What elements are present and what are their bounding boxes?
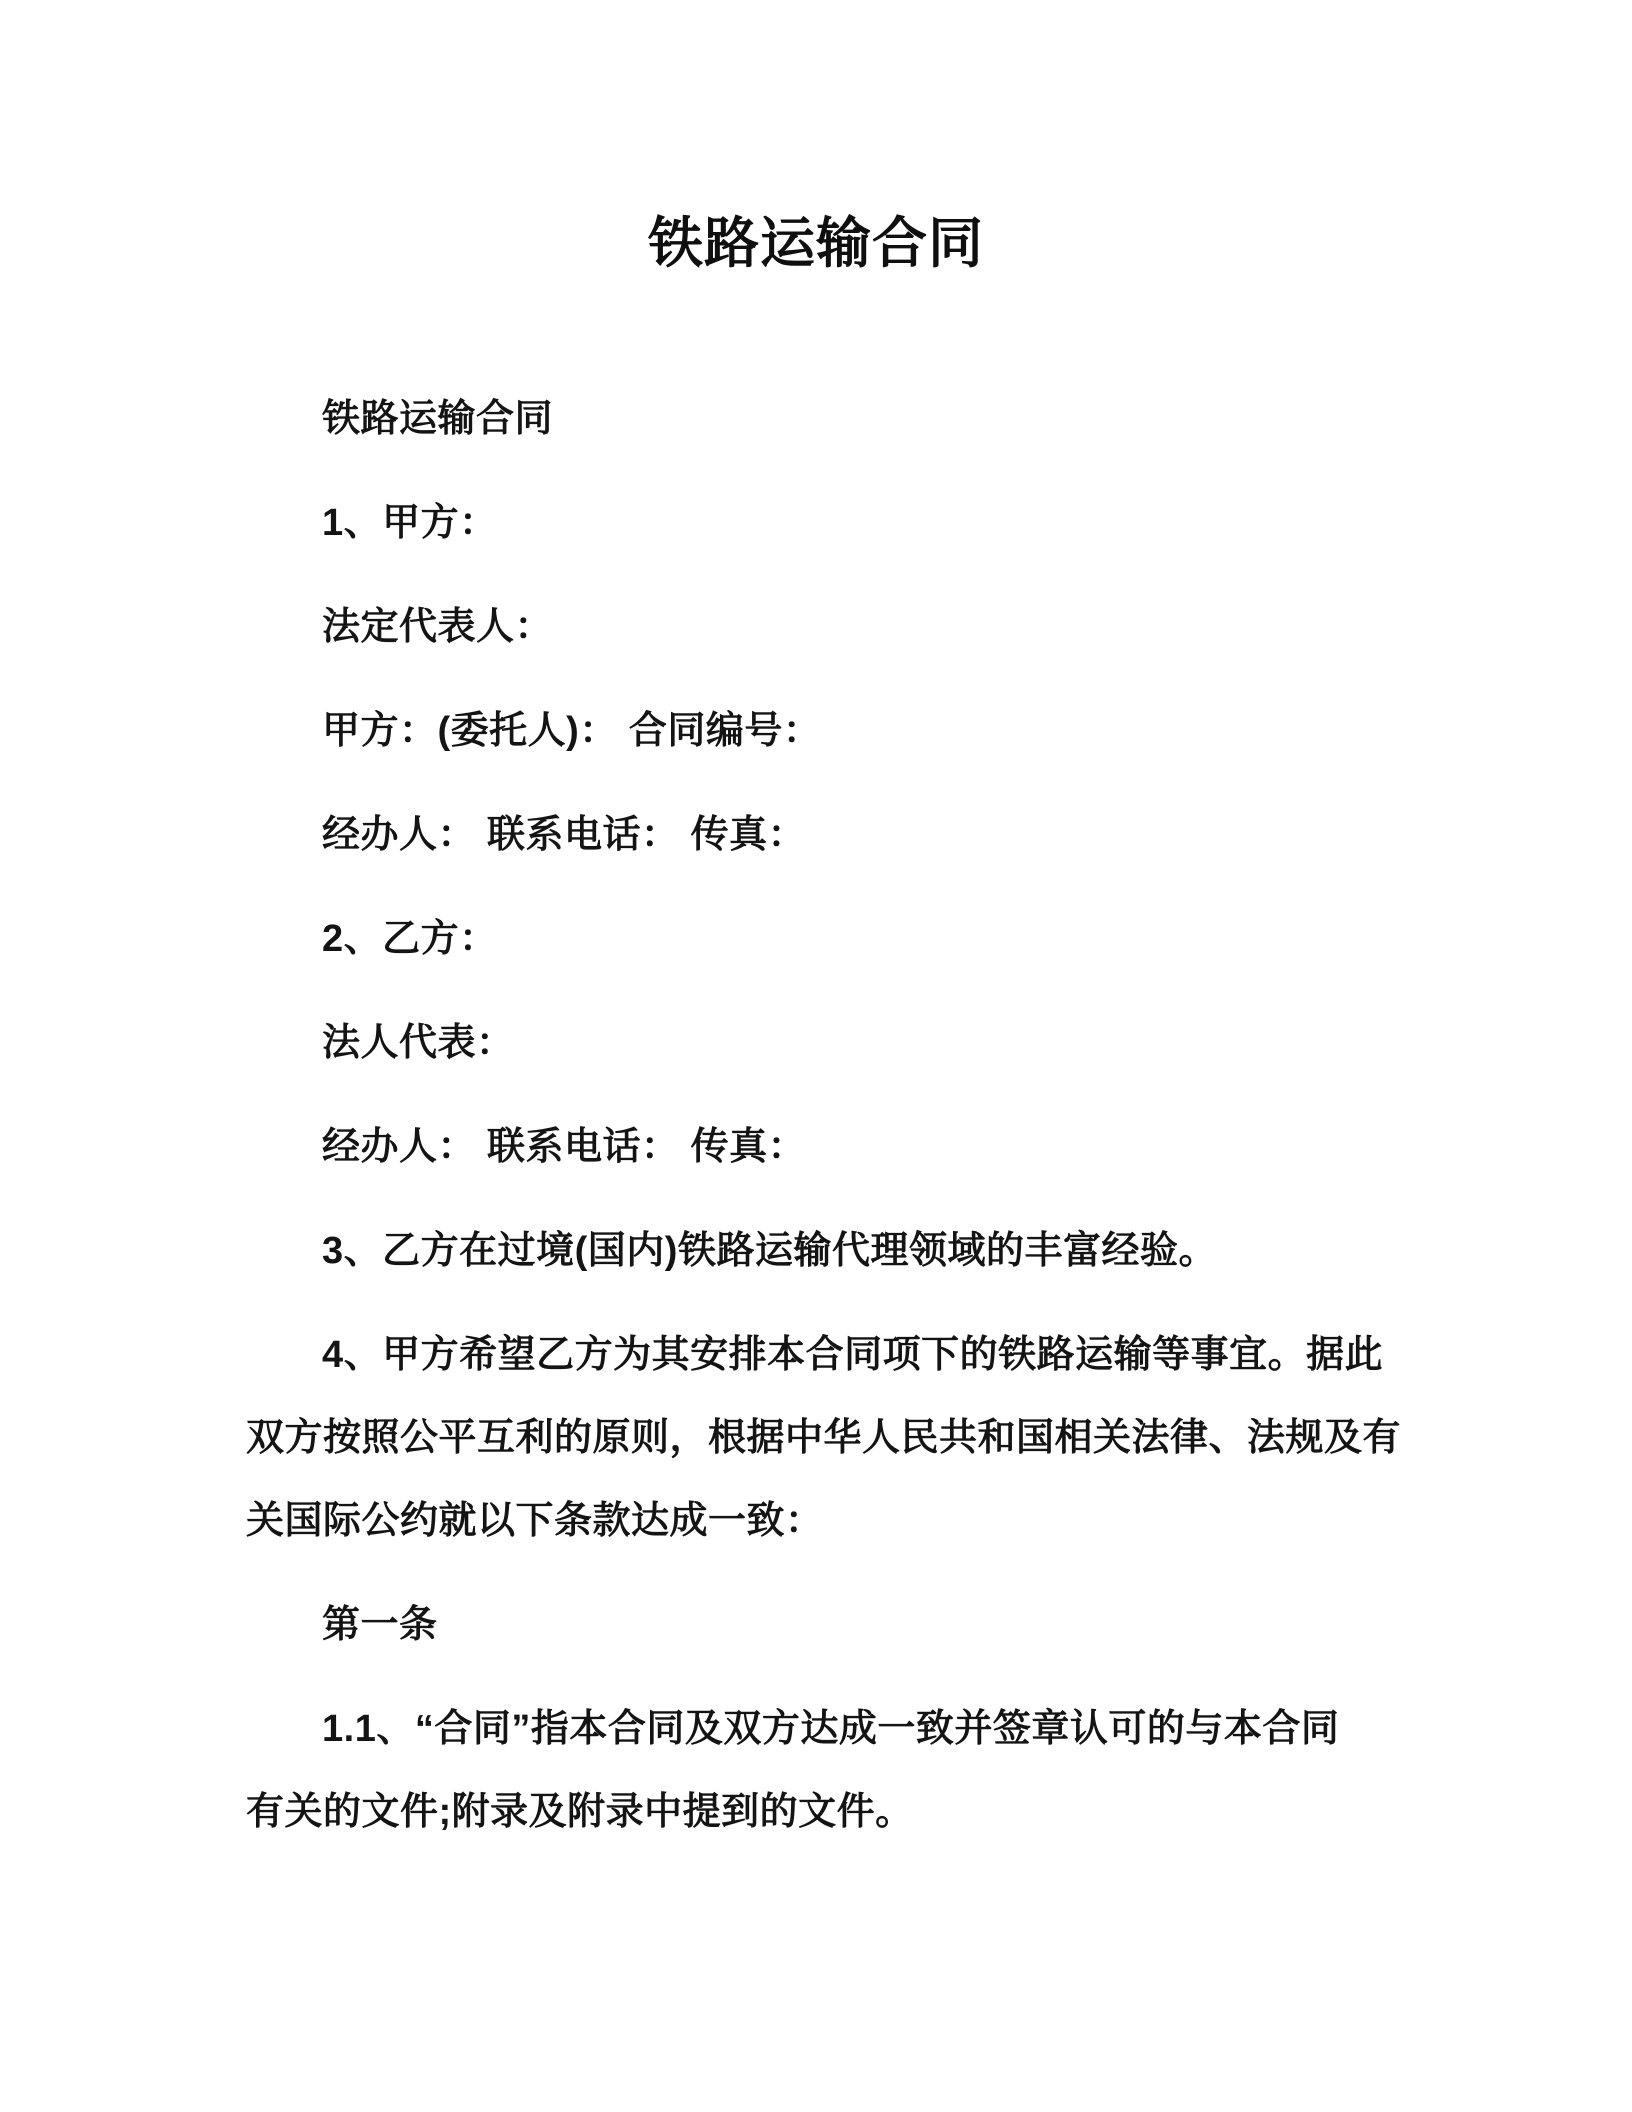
document-line: 3、乙方在过境(国内)铁路运输代理领域的丰富经验。 (246, 1210, 1386, 1293)
document-line: 双方按照公平互利的原则，根据中华人民共和国相关法律、法规及有 (246, 1397, 1386, 1480)
document-line: 铁路运输合同 (246, 378, 1386, 461)
document-line: 1、甲方： (246, 482, 1386, 565)
document-line: 有关的文件;附录及附录中提到的文件。 (246, 1771, 1386, 1854)
document-line: 2、乙方： (246, 898, 1386, 981)
document-line: 经办人： 联系电话： 传真： (246, 1106, 1386, 1189)
document-line: 法定代表人： (246, 586, 1386, 669)
document-line: 法人代表： (246, 1002, 1386, 1085)
document-line: 经办人： 联系电话： 传真： (246, 794, 1386, 877)
document-body: 铁路运输合同1、甲方：法定代表人：甲方：(委托人)： 合同编号：经办人： 联系电… (246, 378, 1386, 1854)
document-title: 铁路运输合同 (246, 200, 1386, 286)
document-line: 关国际公约就以下条款达成一致： (246, 1480, 1386, 1563)
document-line: 甲方：(委托人)： 合同编号： (246, 690, 1386, 773)
document-line: 第一条 (246, 1584, 1386, 1667)
contract-page: 铁路运输合同 铁路运输合同1、甲方：法定代表人：甲方：(委托人)： 合同编号：经… (0, 0, 1632, 2112)
document-line: 4、甲方希望乙方为其安排本合同项下的铁路运输等事宜。据此 (246, 1314, 1386, 1397)
document-line: 1.1、“合同”指本合同及双方达成一致并签章认可的与本合同 (246, 1688, 1386, 1771)
